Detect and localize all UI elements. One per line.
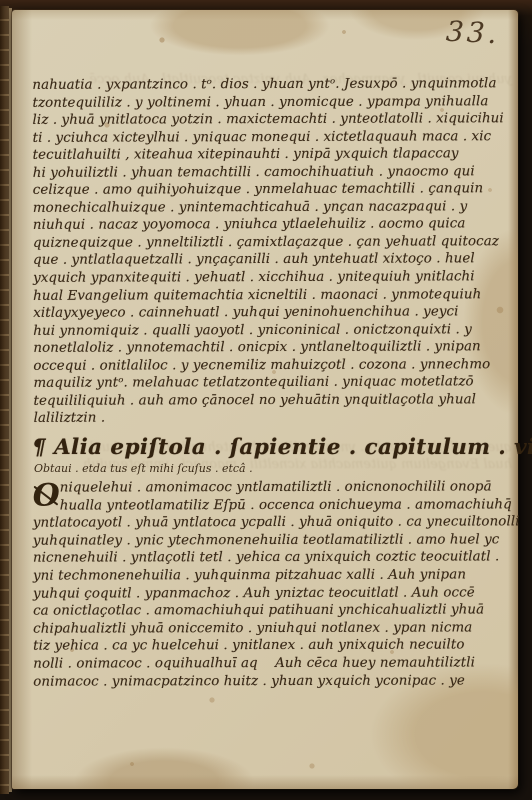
text-line: xitlayxyeyeco . cainnehuatl . yuhqui yen… bbox=[33, 303, 508, 322]
text-line: tzontequililiz . y yoltinemi . yhuan . y… bbox=[32, 93, 507, 112]
text-line: maquiliz yntᵒ. melahuac tetlatzontequili… bbox=[33, 373, 508, 392]
text-line: yuhqui çoquitl . ypanmachoz . Auh ynizta… bbox=[33, 584, 511, 603]
text-line: monechicalhuizque . ynintemachticahuā . … bbox=[33, 198, 508, 217]
text-line: yuhquinatley . ynic ytechmonenehuilia te… bbox=[33, 531, 511, 550]
text-line: yni techmonenehuilia . yuhquinma pitzahu… bbox=[33, 566, 511, 585]
book-gutter-page-edges bbox=[0, 6, 9, 794]
text-line: ti . yciuhca xicteylhui . yniquac monequ… bbox=[33, 128, 508, 147]
text-line: nahuatia . yxpantzinco . tᵒ. dios . yhua… bbox=[32, 75, 507, 94]
text-line: occequi . onitlaliloc . y yecnemiliz mah… bbox=[33, 356, 508, 375]
text-line: tiz yehica . ca yc huelcehui . ynitlanex… bbox=[33, 637, 511, 656]
folio-number: 33. bbox=[446, 15, 501, 51]
text-line: hi yohuiliztli . yhuan temachtilli . cam… bbox=[33, 163, 508, 182]
text-line: tecuitlahuilti , xiteahua xitepinauhti .… bbox=[33, 145, 508, 164]
text-line: yxquich ypanxitequiti . yehuatl . xicchi… bbox=[33, 268, 508, 287]
text-line: hual Evangelium quitemachtia xicneltili … bbox=[33, 286, 508, 305]
text-line: yntlatocayotl . yhuā yntlatoca ycpalli .… bbox=[33, 514, 511, 533]
text-block-2: O niquelehui . amonimacoc yntlamatiliztl… bbox=[33, 478, 512, 690]
text-block-1: nahuatia . yxpantzinco . tᵒ. dios . yhua… bbox=[32, 75, 508, 428]
text-line: que . yntlatlaquetzalli . ynçaçanilli . … bbox=[33, 251, 508, 270]
text-line: nolli . onimacoc . oquihualhuī aq Auh cē… bbox=[33, 654, 511, 673]
text-line: nonetlaloliz . ynnotemachtil . onicpix .… bbox=[33, 338, 508, 357]
text-line: tequililiquiuh . auh amo çānocel no yehu… bbox=[33, 391, 508, 410]
text-line: ca onictlaçotlac . amomachiuhqui patihua… bbox=[33, 602, 511, 621]
text-line: laliliztzin . bbox=[34, 409, 509, 428]
text-line: celizque . amo quihiyohuizque . ynmelahu… bbox=[33, 180, 508, 199]
text-line: quiznequizque . ynneltiliztli . çamixtla… bbox=[33, 233, 508, 252]
section-heading: ¶ Alia epiſtola . ſapientie . capitulum … bbox=[32, 435, 502, 460]
text-line: onimacoc . ynimacpatzinco huitz . yhuan … bbox=[33, 672, 511, 691]
text-line: nicnenehuili . yntlaçotli tetl . yehica … bbox=[33, 549, 511, 568]
text-line: chipahualiztli yhuā oniccemito . yniuhqu… bbox=[33, 619, 511, 638]
text-line: niuhqui . nacaz yoyomoca . yniuhca ytlae… bbox=[33, 216, 508, 235]
drop-cap-initial: O bbox=[33, 480, 60, 515]
text-line: hui ynnomiquiz . qualli yaoyotl . ynicon… bbox=[33, 321, 508, 340]
manuscript-page: que . yntlatlaquetzalli . ynçaçanilli . … bbox=[12, 10, 518, 789]
latin-incipit: Obtaui . etda tus eſt mihi ſcuſus . etcâ… bbox=[34, 462, 464, 475]
text-line: liz . yhuā ynitlatoca yotzin . maxictema… bbox=[33, 110, 508, 129]
text-line: hualla ynteotlamatiliz Eſpū . occenca on… bbox=[33, 496, 511, 515]
text-line: niquelehui . amonimacoc yntlamatiliztli … bbox=[33, 478, 511, 497]
